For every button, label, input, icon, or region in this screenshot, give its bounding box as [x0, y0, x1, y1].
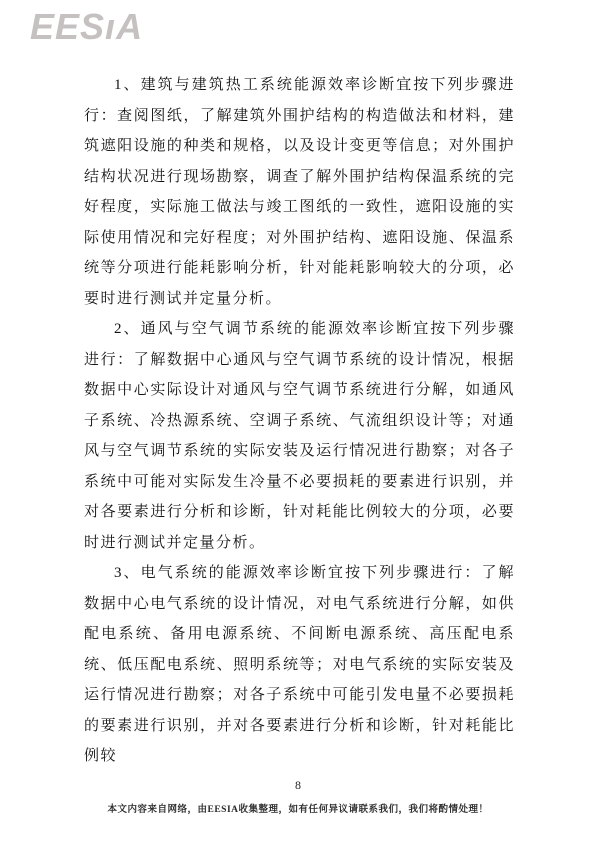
logo-letter-i: ı	[105, 6, 116, 48]
page-number: 8	[0, 778, 596, 793]
footer-disclaimer: 本文内容来自网络，由EESIA收集整理，如有任何异议请联系我们，我们将酌情处理！	[0, 801, 596, 815]
document-page: EESıA 1、建筑与建筑热工系统能源效率诊断宜按下列步骤进行：查阅图纸，了解建…	[0, 0, 596, 842]
logo-text-right: A	[116, 6, 143, 47]
paragraph-2: 2、通风与空气调节系统的能源效率诊断宜按下列步骤进行：了解数据中心通风与空气调节…	[84, 314, 515, 558]
document-body: 1、建筑与建筑热工系统能源效率诊断宜按下列步骤进行：查阅图纸，了解建筑外围护结构…	[84, 70, 515, 772]
paragraph-1: 1、建筑与建筑热工系统能源效率诊断宜按下列步骤进行：查阅图纸，了解建筑外围护结构…	[84, 70, 515, 314]
paragraph-3: 3、电气系统的能源效率诊断宜按下列步骤进行：了解数据中心电气系统的设计情况，对电…	[84, 558, 515, 772]
eesia-logo: EESıA	[30, 6, 143, 54]
logo-text-left: EES	[30, 6, 105, 47]
